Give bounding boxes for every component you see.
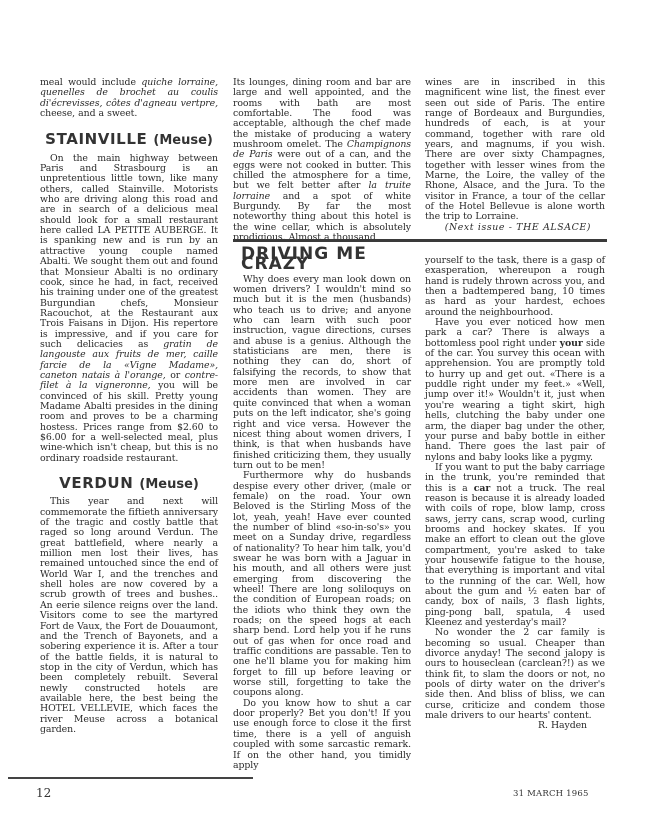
- column-1: meal would include quiche lorraine, quen…: [40, 78, 218, 735]
- driving-paragraph-4: yourself to the task, there is a gasp of…: [425, 256, 605, 318]
- driving-paragraph-3: Do you know how to shut a car door prope…: [233, 699, 411, 771]
- driving-paragraph-7: No wonder the 2 car family is becoming s…: [425, 628, 605, 721]
- column-3-top: wines are in inscribed in this magnifice…: [425, 78, 605, 233]
- column-2-top: Its lounges, dining room and bar are lar…: [233, 78, 411, 244]
- driving-article-column-1: DRIVING ME CRAZY Why does every man look…: [233, 249, 411, 771]
- driving-paragraph-2: Furthermore why do husbands despise ever…: [233, 471, 411, 699]
- driving-paragraph-6: If you want to put the baby carriage in …: [425, 463, 605, 629]
- driving-paragraph-5: Have you ever noticed how men park a car…: [425, 318, 605, 463]
- section-divider: [233, 239, 607, 242]
- hotel-paragraph: Its lounges, dining room and bar are lar…: [233, 78, 411, 244]
- stainville-heading: STAINVILLE (Meuse): [40, 134, 218, 146]
- wine-list-paragraph: wines are in inscribed in this magnifice…: [425, 78, 605, 223]
- stainville-paragraph: On the main highway between Paris and St…: [40, 154, 218, 464]
- driving-heading: DRIVING ME CRAZY: [233, 249, 411, 270]
- driving-article-column-2: yourself to the task, there is a gasp of…: [425, 256, 605, 732]
- next-issue-note: (Next issue - THE ALSACE): [425, 223, 605, 233]
- author-byline: R. Hayden: [425, 721, 605, 731]
- verdun-heading: VERDUN (Meuse): [40, 478, 218, 490]
- magazine-page: meal would include quiche lorraine, quen…: [0, 0, 650, 838]
- footer-rule: [8, 777, 253, 779]
- page-number: 12: [36, 786, 51, 800]
- issue-date: 31 MARCH 1965: [513, 789, 589, 799]
- intro-paragraph: meal would include quiche lorraine, quen…: [40, 78, 218, 119]
- driving-paragraph-1: Why does every man look down on women dr…: [233, 275, 411, 472]
- verdun-paragraph: This year and next will commemorate the …: [40, 497, 218, 735]
